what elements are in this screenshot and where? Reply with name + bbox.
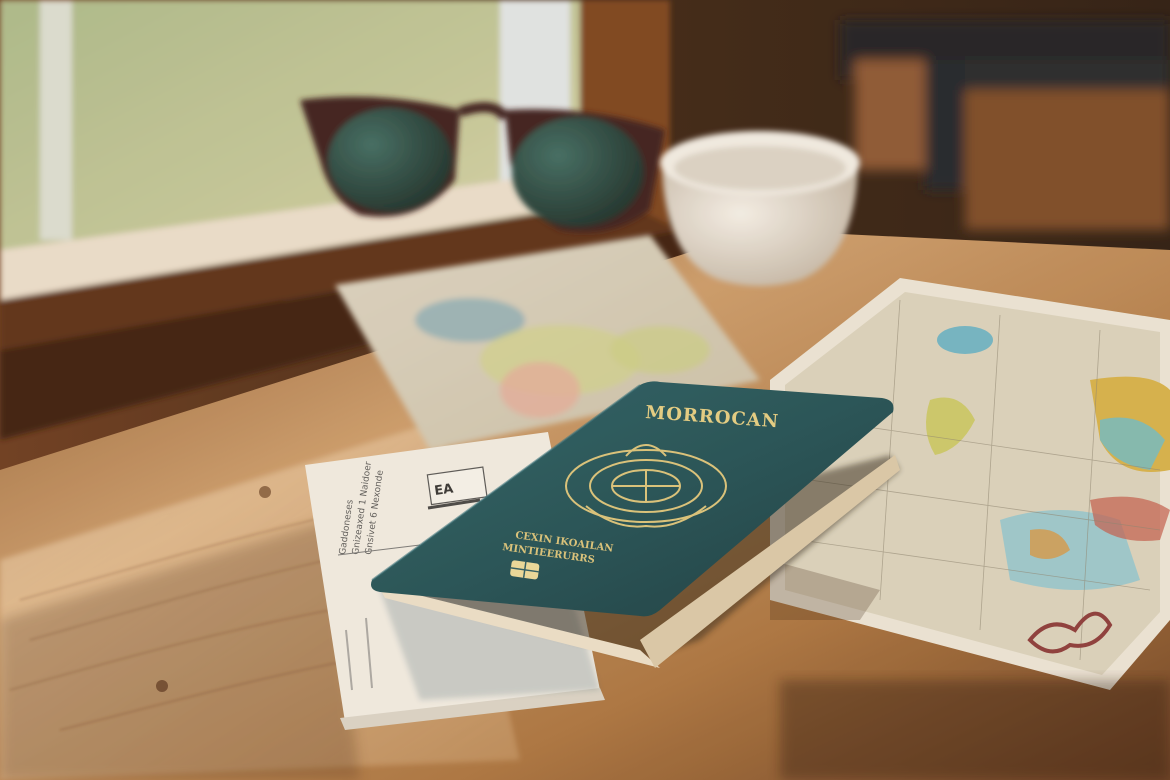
photo-scene: Gaddoneses Gnizeaxed 1 Naidoer Gnsivet 6… [0,0,1170,780]
scene-illustration: Gaddoneses Gnizeaxed 1 Naidoer Gnsivet 6… [0,0,1170,780]
